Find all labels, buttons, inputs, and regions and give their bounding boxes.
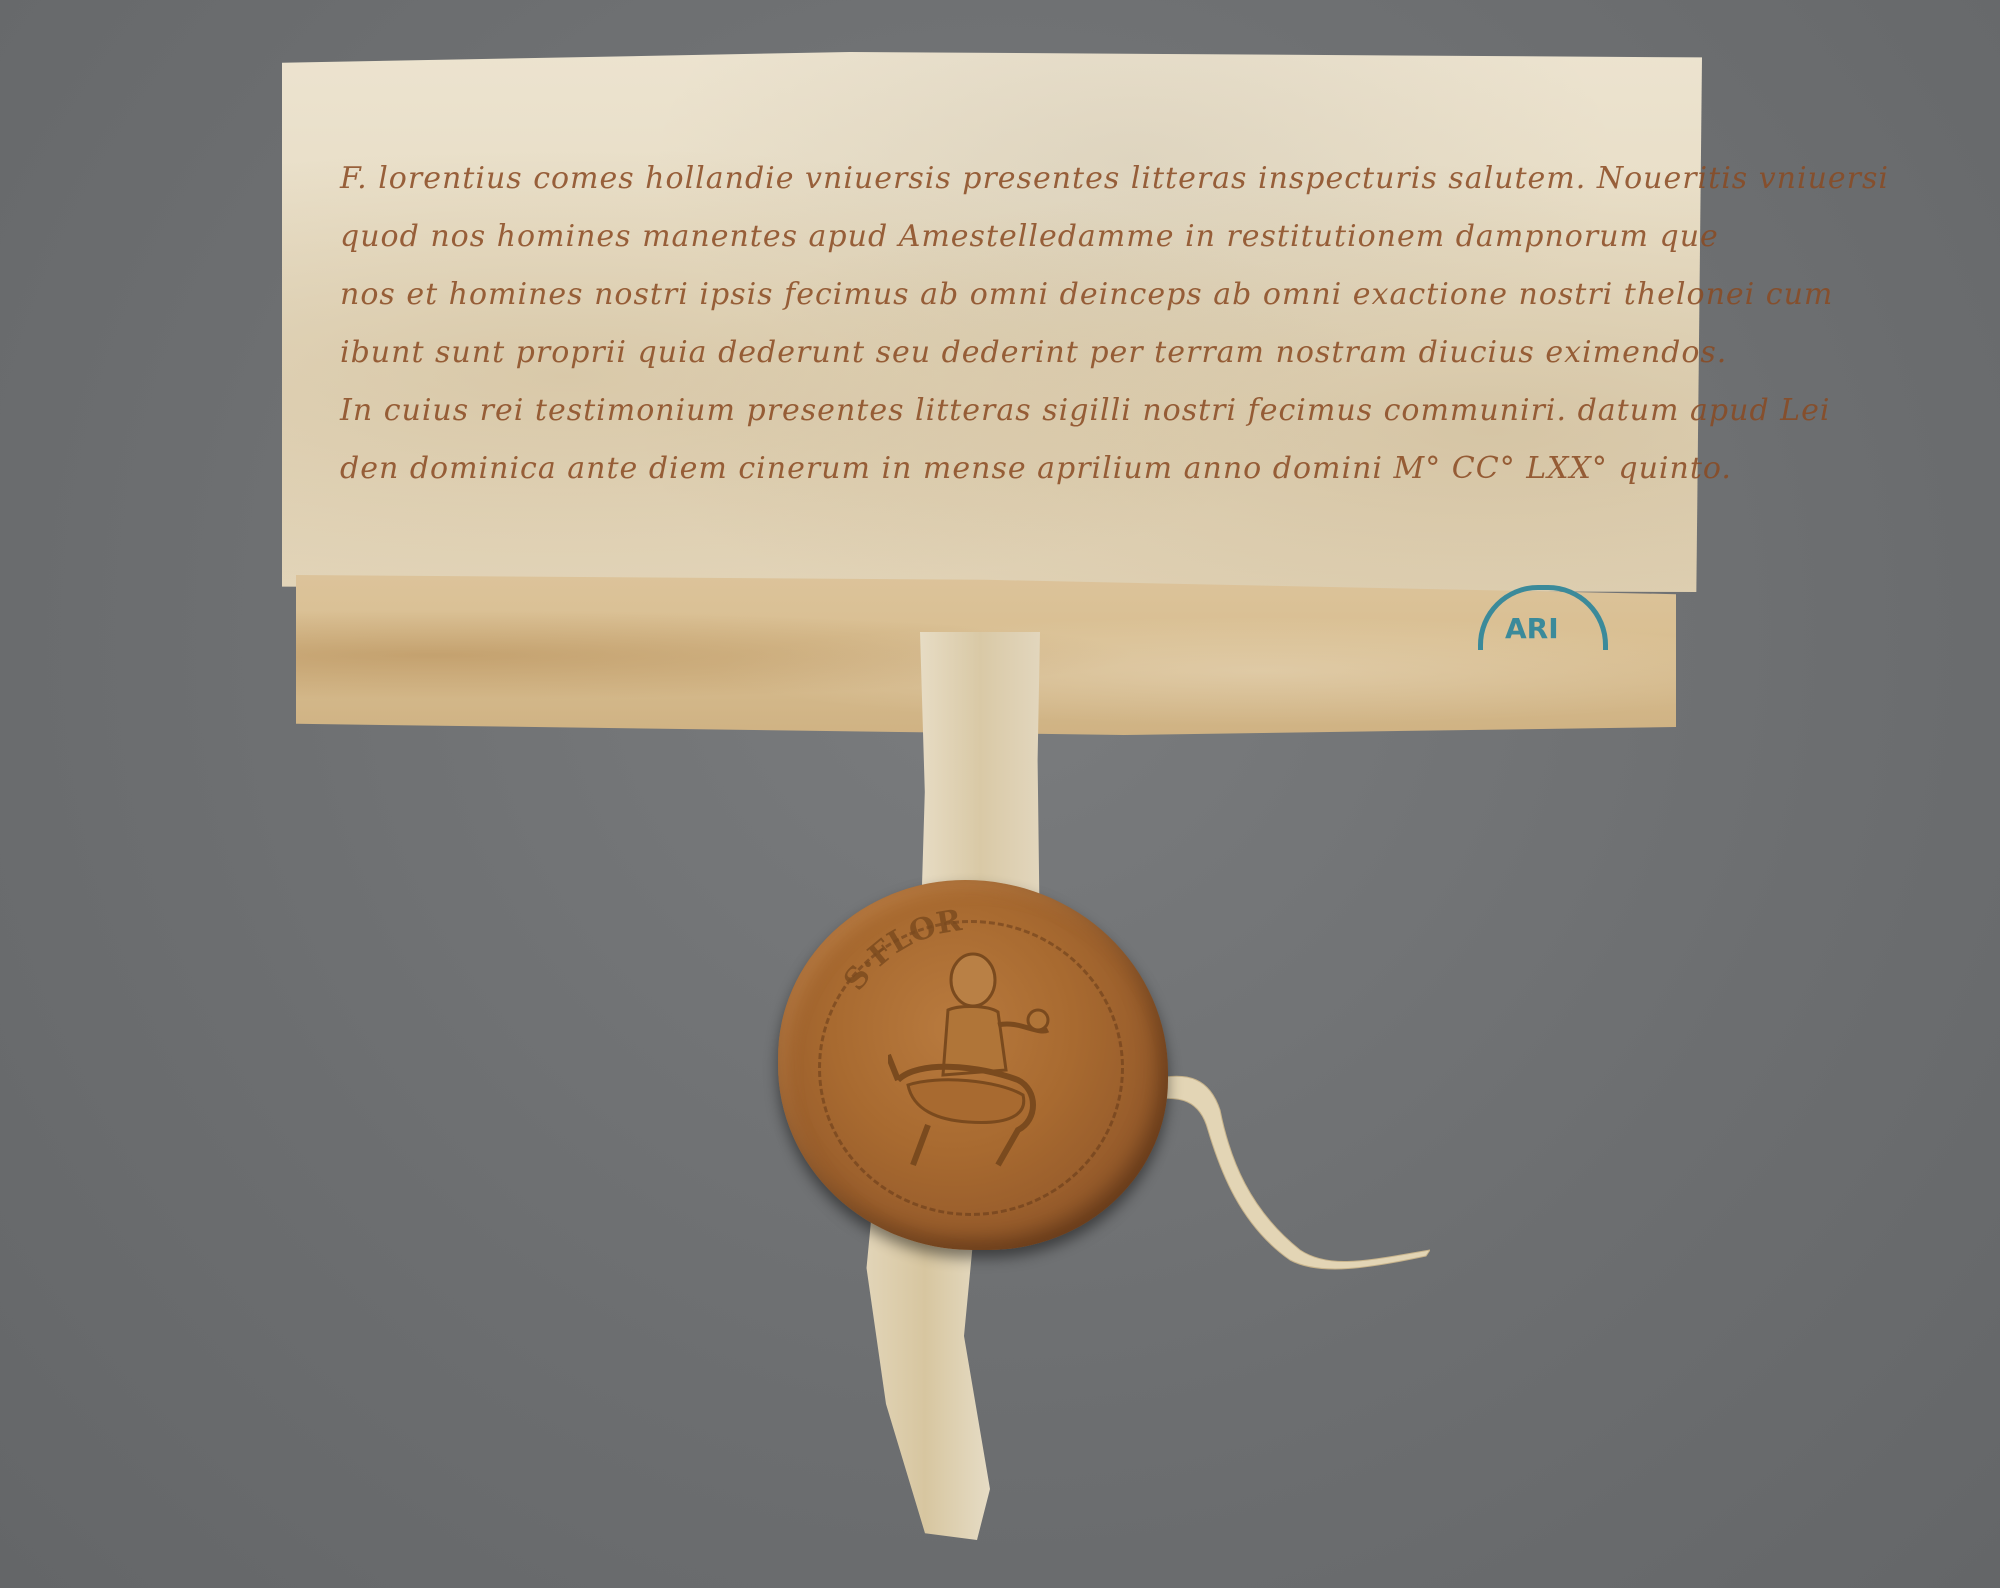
text-line-1: F. lorentius comes hollandie vniuersis p… [340,150,1700,208]
stamp-text: ARI [1505,612,1559,645]
text-line-6: den dominica ante diem cinerum in mense … [340,440,1700,498]
text-line-3: nos et homines nostri ipsis fecimus ab o… [340,266,1700,324]
equestrian-figure-icon [888,950,1058,1170]
parchment-ribbon-tail [1150,1050,1430,1280]
wax-seal: S·FLOR [778,880,1168,1250]
charter-text: F. lorentius comes hollandie vniuersis p… [340,150,1700,498]
text-line-2: quod nos homines manentes apud Amestelle… [340,208,1700,266]
text-line-5: In cuius rei testimonium presentes litte… [340,382,1700,440]
text-line-4: ibunt sunt proprii quia dederunt seu ded… [340,324,1700,382]
